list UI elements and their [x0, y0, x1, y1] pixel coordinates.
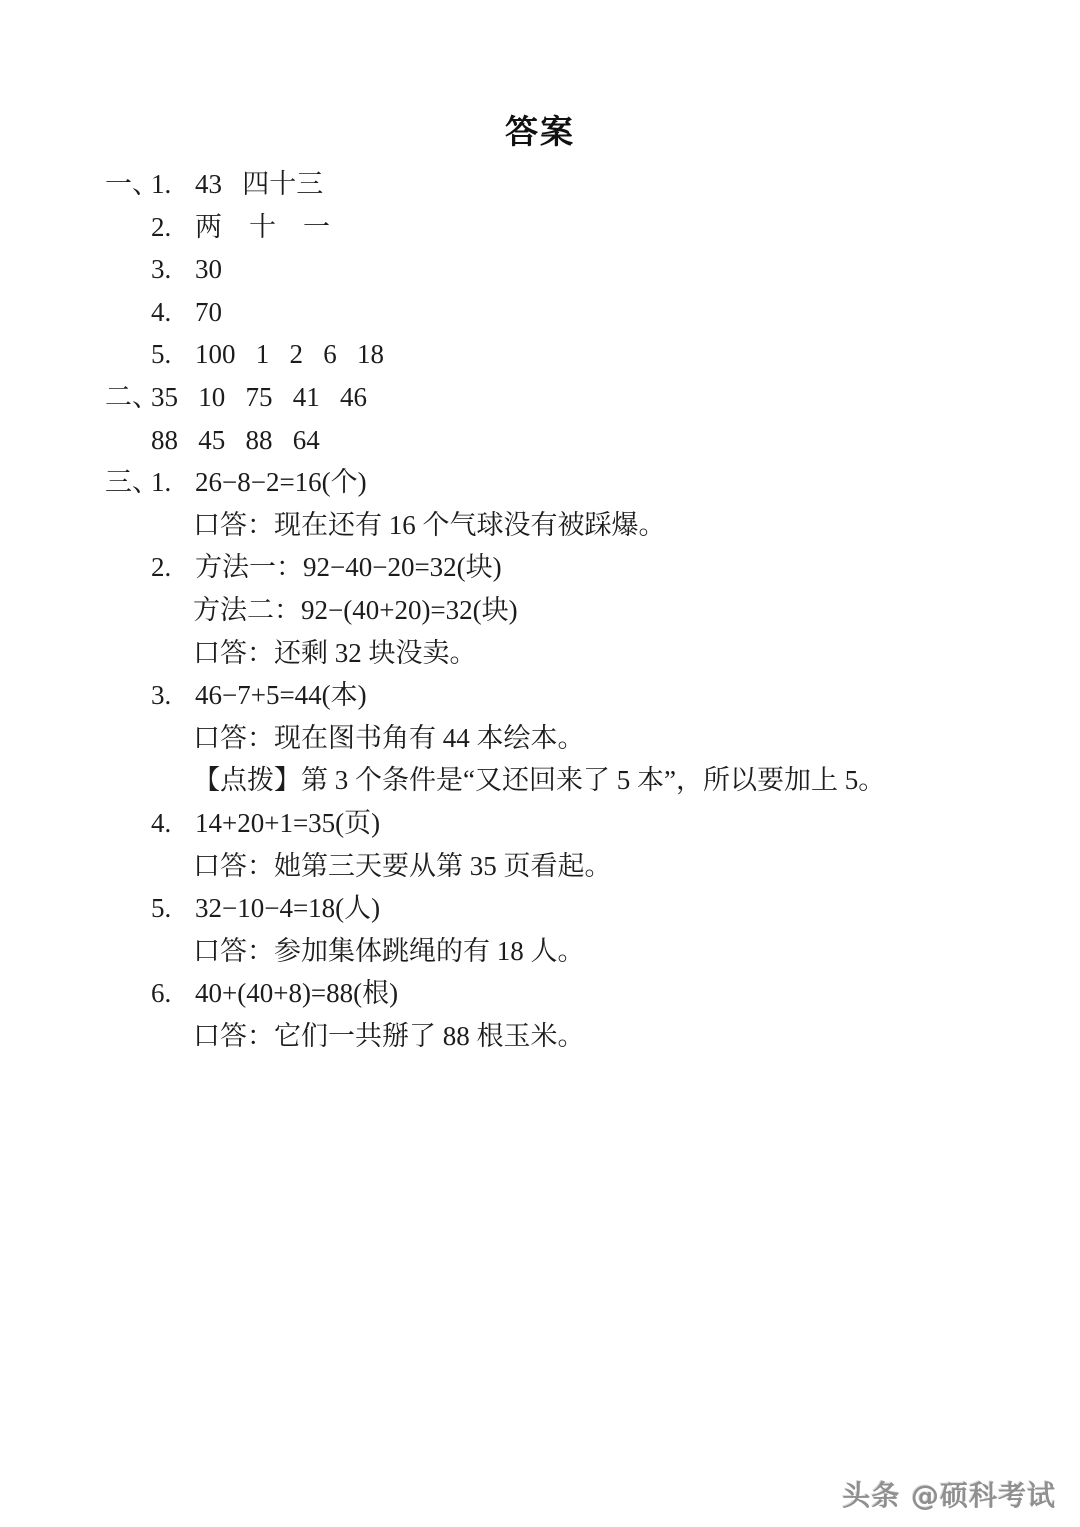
answer-text: 口答：现在还有 16 个气球没有被踩爆。 — [193, 510, 666, 540]
section-marker: 一、 — [105, 163, 151, 206]
answer-line: 4.14+20+1=35(页) — [0, 802, 1080, 845]
answer-line: 口答：它们一共掰了 88 根玉米。 — [0, 1015, 1080, 1058]
answer-text: 口答：还剩 32 块没卖。 — [193, 638, 477, 668]
item-number: 2. — [151, 206, 195, 249]
answer-text: 口答：它们一共掰了 88 根玉米。 — [193, 1021, 585, 1051]
answer-line: 方法二：92−(40+20)=32(块) — [0, 589, 1080, 632]
answer-text: 14+20+1=35(页) — [195, 808, 380, 838]
answer-text: 两 十 一 — [195, 212, 330, 242]
answer-text: 口答：她第三天要从第 35 页看起。 — [193, 851, 612, 881]
answer-sheet-page: 答案 一、1.43 四十三 2.两 十 一 3.30 4.70 5.100 1 … — [0, 0, 1080, 1527]
item-number: 3. — [151, 674, 195, 717]
answer-text: 46−7+5=44(本) — [195, 680, 367, 710]
answer-line: 口答：参加集体跳绳的有 18 人。 — [0, 930, 1080, 973]
watermark: 头条 @硕科考试 — [842, 1474, 1056, 1514]
item-number: 1. — [151, 163, 195, 206]
item-number: 6. — [151, 972, 195, 1015]
answer-line: 88 45 88 64 — [0, 419, 1080, 462]
item-number: 3. — [151, 248, 195, 291]
item-number: 5. — [151, 333, 195, 376]
item-number: 2. — [151, 546, 195, 589]
answer-line: 2.两 十 一 — [0, 206, 1080, 249]
answer-text: 口答：参加集体跳绳的有 18 人。 — [193, 936, 585, 966]
section-marker: 三、 — [105, 461, 151, 504]
answers-content: 一、1.43 四十三 2.两 十 一 3.30 4.70 5.100 1 2 6… — [0, 163, 1080, 1057]
answer-text: 口答：现在图书角有 44 本绘本。 — [193, 723, 585, 753]
answer-line: 6.40+(40+8)=88(根) — [0, 972, 1080, 1015]
answer-text: 【点拨】第 3 个条件是“又还回来了 5 本”，所以要加上 5。 — [193, 765, 885, 795]
answer-line: 口答：现在还有 16 个气球没有被踩爆。 — [0, 504, 1080, 547]
answer-line: 5.100 1 2 6 18 — [0, 333, 1080, 376]
answer-line: 【点拨】第 3 个条件是“又还回来了 5 本”，所以要加上 5。 — [0, 759, 1080, 802]
answer-line: 一、1.43 四十三 — [0, 163, 1080, 206]
answer-line: 二、35 10 75 41 46 — [0, 376, 1080, 419]
answer-text: 100 1 2 6 18 — [195, 339, 384, 369]
answer-text: 30 — [195, 254, 222, 284]
section-marker: 二、 — [105, 376, 151, 419]
item-number: 4. — [151, 802, 195, 845]
answer-text: 88 45 88 64 — [151, 425, 320, 455]
answer-line: 3.30 — [0, 248, 1080, 291]
answer-text: 40+(40+8)=88(根) — [195, 978, 398, 1008]
answer-text: 35 10 75 41 46 — [151, 382, 367, 412]
answer-line: 5.32−10−4=18(人) — [0, 887, 1080, 930]
answer-text: 方法一：92−40−20=32(块) — [195, 552, 502, 582]
answer-line: 口答：现在图书角有 44 本绘本。 — [0, 717, 1080, 760]
answer-line: 三、1.26−8−2=16(个) — [0, 461, 1080, 504]
answer-text: 32−10−4=18(人) — [195, 893, 380, 923]
answer-line: 口答：她第三天要从第 35 页看起。 — [0, 845, 1080, 888]
page-title: 答案 — [0, 106, 1080, 153]
answer-line: 4.70 — [0, 291, 1080, 334]
answer-text: 26−8−2=16(个) — [195, 467, 367, 497]
item-number: 1. — [151, 461, 195, 504]
answer-text: 方法二：92−(40+20)=32(块) — [193, 595, 518, 625]
answer-text: 43 四十三 — [195, 169, 323, 199]
answer-line: 3.46−7+5=44(本) — [0, 674, 1080, 717]
item-number: 5. — [151, 887, 195, 930]
item-number: 4. — [151, 291, 195, 334]
answer-line: 口答：还剩 32 块没卖。 — [0, 632, 1080, 675]
answer-text: 70 — [195, 297, 222, 327]
answer-line: 2.方法一：92−40−20=32(块) — [0, 546, 1080, 589]
